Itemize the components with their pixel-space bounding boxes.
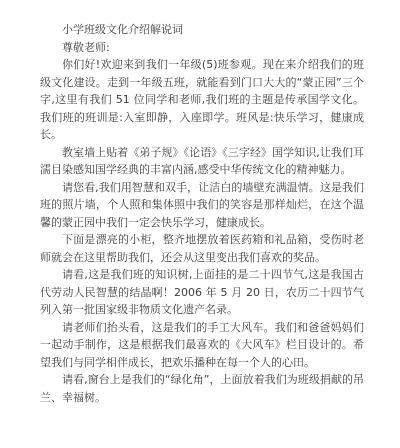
document-page: 小学班级文化介绍解说词 尊敬老师: 你们好!欢迎来到我们一年级(5)班参观。现在… bbox=[0, 0, 400, 448]
paragraph-intro: 你们好!欢迎来到我们一年级(5)班参观。现在来介绍我们的班级文化建设。走到一年级… bbox=[40, 56, 364, 144]
document-title: 小学班级文化介绍解说词 bbox=[40, 21, 364, 39]
paragraph-windmill: 请老师们抬头看，这是我们的手工大风车。我们和爸爸妈妈们一起动手制作，这是根据我们… bbox=[40, 319, 364, 372]
paragraph-classics-wall: 教室墙上贴着《弟子规》《论语》《三字经》国学知识,让我们耳濡目染感知国学经典的丰… bbox=[40, 144, 364, 179]
paragraph-photo-wall: 请您看,我们用智慧和双手，让洁白的墙壁充满温情。这是我们班的照片墙，个人照和集体… bbox=[40, 179, 364, 232]
paragraph-green-corner: 请看,窗台上是我们的“绿化角”，上面放着我们为班级捐献的吊兰、幸福树。 bbox=[40, 371, 364, 406]
salutation-line: 尊敬老师: bbox=[40, 39, 364, 57]
paragraph-knowledge-tree: 请看,这是我们班的知识树,上面挂的是二十四节气,这是我国古代劳动人民智慧的结晶啊… bbox=[40, 266, 364, 319]
paragraph-cabinet: 下面是漂亮的小柜，整齐地摆放着医药箱和礼品箱，受伤时老师就会在这里帮助我们，还会… bbox=[40, 231, 364, 266]
